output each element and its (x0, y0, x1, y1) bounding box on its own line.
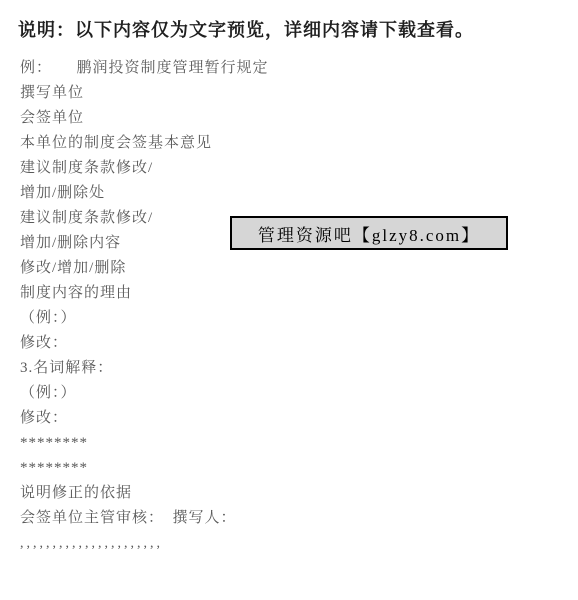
preview-line: ,,,,,,,,,,,,,,,,,,,,,, (20, 531, 560, 556)
preview-line: 本单位的制度会签基本意见 (20, 131, 560, 156)
preview-line: 增加/删除处 (20, 181, 560, 206)
preview-line: （例：） (20, 381, 560, 406)
preview-line: ******** (20, 456, 560, 481)
preview-line: 例： 鹏润投资制度管理暂行规定 (20, 56, 560, 81)
preview-line: 修改： (20, 331, 560, 356)
watermark-label: 管理资源吧【glzy8.com】 (258, 221, 480, 246)
preview-line: 建议制度条款修改/ (20, 156, 560, 181)
preview-line: ******** (20, 431, 560, 456)
preview-notice: 说明：以下内容仅为文字预览，详细内容请下载查看。 (18, 16, 474, 42)
document-preview-page: 说明：以下内容仅为文字预览，详细内容请下载查看。 例： 鹏润投资制度管理暂行规定… (0, 0, 578, 600)
preview-line: 说明修正的依据 (20, 481, 560, 506)
preview-text-lines: 例： 鹏润投资制度管理暂行规定撰写单位会签单位本单位的制度会签基本意见建议制度条… (20, 56, 560, 556)
preview-line: 修改： (20, 406, 560, 431)
preview-line: 修改/增加/删除 (20, 256, 560, 281)
preview-line: 撰写单位 (20, 81, 560, 106)
preview-line: 会签单位 (20, 106, 560, 131)
preview-line: 3.名词解释： (20, 356, 560, 381)
preview-line: （例：） (20, 306, 560, 331)
preview-line: 制度内容的理由 (20, 281, 560, 306)
watermark-box: 管理资源吧【glzy8.com】 (230, 216, 508, 250)
preview-line: 会签单位主管审核： 撰写人： (20, 506, 560, 531)
